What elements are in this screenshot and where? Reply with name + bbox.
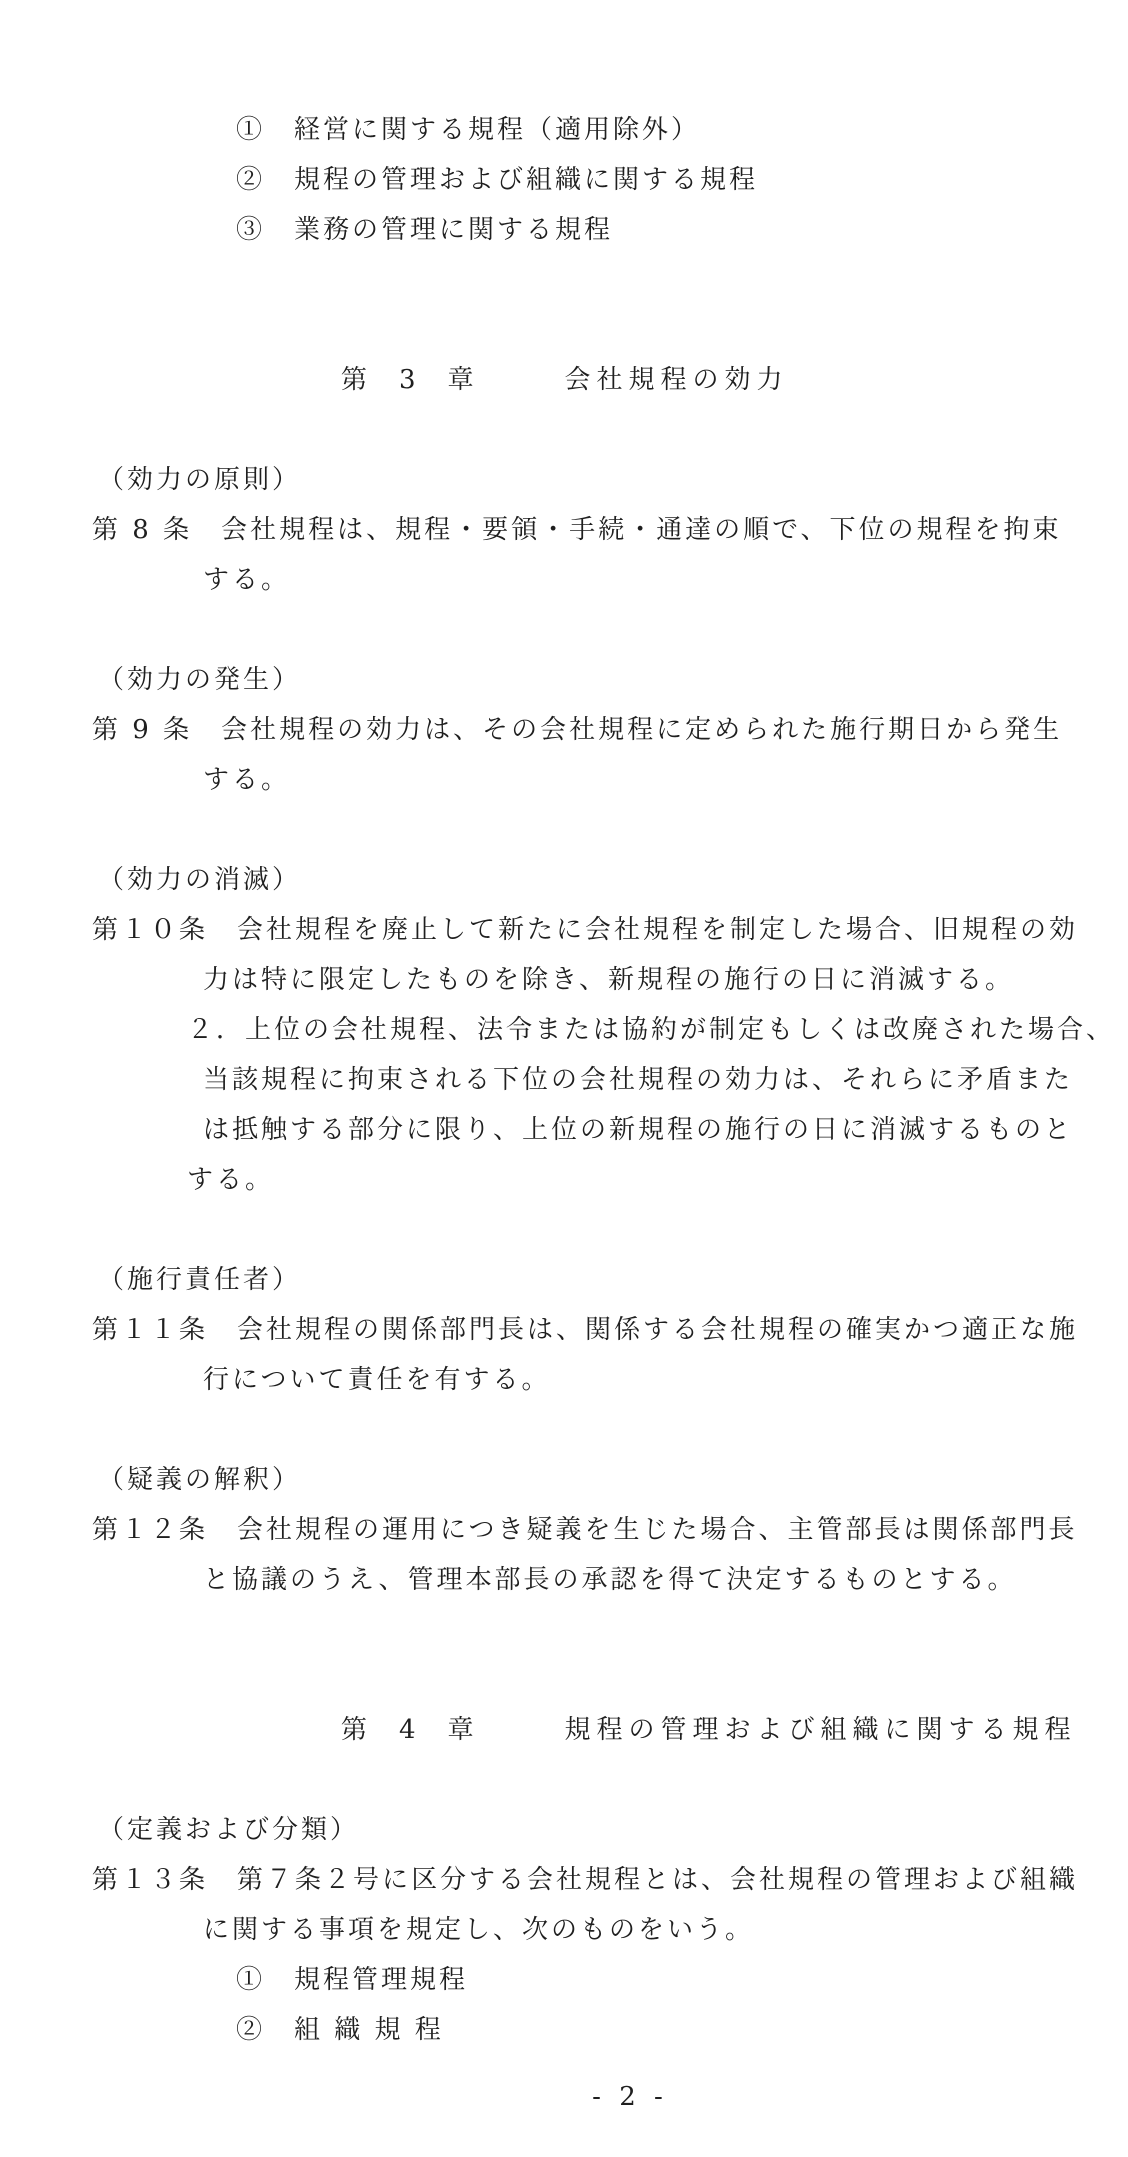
article-line: 第１２条 会社規程の運用につき疑義を生じた場合、主管部長は関係部門長 (92, 1505, 1088, 1555)
list-item: ① 規程管理規程 (92, 1955, 1088, 2005)
section-label: （定義および分類） (92, 1805, 1088, 1855)
article-line: する。 (92, 1155, 1088, 1205)
chapter-number: 第 4 章 (341, 1715, 477, 1745)
article-line: 当該規程に拘束される下位の会社規程の効力は、それらに矛盾また (92, 1055, 1088, 1105)
section-label: （効力の消滅） (92, 855, 1088, 905)
chapter-title: 規程の管理および組織に関する規程 (565, 1715, 1077, 1745)
article-line: する。 (92, 755, 1088, 805)
chapter-4-heading: 第 4 章規程の管理および組織に関する規程 (92, 1705, 1088, 1755)
list-item: ② 組 織 規 程 (92, 2005, 1088, 2055)
list-item: ② 規程の管理および組織に関する規程 (92, 155, 1088, 205)
article-line: 力は特に限定したものを除き、新規程の施行の日に消滅する。 (92, 955, 1088, 1005)
article-subitem-line: ２．上位の会社規程、法令または協約が制定もしくは改廃された場合、 (92, 1005, 1088, 1055)
section-label: （効力の原則） (92, 455, 1088, 505)
section-label: （効力の発生） (92, 655, 1088, 705)
article-line: と協議のうえ、管理本部長の承認を得て決定するものとする。 (92, 1555, 1088, 1605)
chapter-number: 第 3 章 (341, 365, 477, 395)
article-line: 第 8 条 会社規程は、規程・要領・手続・通達の順で、下位の規程を拘束 (92, 505, 1088, 555)
article-line: する。 (92, 555, 1088, 605)
article-line: 第１０条 会社規程を廃止して新たに会社規程を制定した場合、旧規程の効 (92, 905, 1088, 955)
list-item: ① 経営に関する規程（適用除外） (92, 105, 1088, 155)
page-footer: - 2 - (92, 2072, 1088, 2122)
section-label: （疑義の解釈） (92, 1455, 1088, 1505)
section-label: （施行責任者） (92, 1255, 1088, 1305)
chapter-title: 会社規程の効力 (565, 365, 789, 395)
list-item: ③ 業務の管理に関する規程 (92, 205, 1088, 255)
document-page: ① 経営に関する規程（適用除外） ② 規程の管理および組織に関する規程 ③ 業務… (0, 0, 1128, 2157)
article-line: 第１１条 会社規程の関係部門長は、関係する会社規程の確実かつ適正な施 (92, 1305, 1088, 1355)
chapter-3-heading: 第 3 章会社規程の効力 (92, 355, 1088, 405)
article-line: に関する事項を規定し、次のものをいう。 (92, 1905, 1088, 1955)
article-line: 行について責任を有する。 (92, 1355, 1088, 1405)
article-line: は抵触する部分に限り、上位の新規程の施行の日に消滅するものと (92, 1105, 1088, 1155)
article-line: 第１３条 第７条２号に区分する会社規程とは、会社規程の管理および組織 (92, 1855, 1088, 1905)
article-line: 第 9 条 会社規程の効力は、その会社規程に定められた施行期日から発生 (92, 705, 1088, 755)
page-number: - 2 - (592, 2082, 668, 2112)
